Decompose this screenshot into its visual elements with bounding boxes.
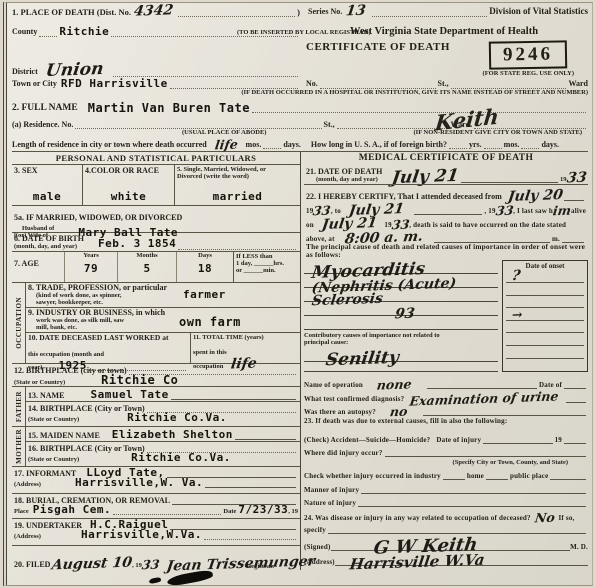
- signed-label: (Signed): [304, 544, 331, 552]
- age-years-value: 79: [84, 262, 98, 275]
- dotted-leader: [451, 79, 567, 89]
- certify-year-value: 33: [313, 206, 332, 216]
- father-side-label-cell: FATHER: [12, 387, 26, 426]
- nature-injury-row: Nature of injury: [304, 494, 588, 507]
- date-of-death-field: 21. DATE OF DEATH (month, day and year) …: [304, 164, 588, 184]
- industry-sub1: work was done, as silk mill, saw: [36, 317, 165, 324]
- dob-field: 6. DATE OF BIRTH (month, day, and year) …: [12, 233, 300, 252]
- marital-label-line2: Divorced (write the word): [177, 173, 298, 180]
- mother-side-label-cell: MOTHER: [12, 427, 26, 466]
- days2-label: days.: [541, 140, 559, 149]
- registration-stamp-area: 9246 (FOR STATE REG. USE ONLY): [483, 41, 574, 77]
- residence-label: (a) Residence. No.: [12, 120, 73, 129]
- dotted-leader: [178, 240, 296, 250]
- district-value: Union: [45, 63, 104, 78]
- age-less-line3: or ______min.: [236, 267, 298, 274]
- ward-label: Ward: [568, 79, 588, 88]
- where-injury-row: Where did injury occur?: [304, 444, 588, 457]
- occupation-group: OCCUPATION 8. TRADE, PROFESSION, or part…: [12, 283, 300, 364]
- where-label: Where did injury occur?: [304, 450, 383, 458]
- total-time-field: 11. TOTAL TIME (years) spent in this occ…: [190, 333, 300, 363]
- operation-value: none: [376, 379, 412, 390]
- ink-blot-small: [149, 577, 162, 584]
- certify-rest-label: , death is said to have occurred on the …: [409, 222, 566, 230]
- age-months-value: 5: [143, 262, 150, 275]
- certify-to-label: , to: [331, 208, 341, 216]
- no-label: No.: [306, 79, 318, 88]
- street-ward-field: No. St., Ward: [300, 79, 588, 89]
- dotted-leader: [372, 7, 488, 17]
- signed-row: (Signed) G W Keith M. D.: [304, 534, 588, 551]
- last-worked-total-row: 10. DATE DECEASED LAST WORKED at this oc…: [26, 333, 300, 363]
- father-name-value: Samuel Tate: [90, 390, 168, 400]
- age-days-label: Days: [177, 252, 233, 259]
- marital-label-wrap: 5. Single, Married, Widowed, or Divorced…: [177, 166, 298, 180]
- town-value: RFD Harrisville: [61, 79, 168, 89]
- age-days-value: 18: [198, 262, 212, 275]
- informant-sub: (Address): [14, 481, 41, 488]
- undertaker-value2: Harrisville,W.Va.: [81, 530, 202, 540]
- header-row-town: Town or City RFD Harrisville No. St., Wa…: [12, 79, 588, 89]
- certify-saw-label: , I last saw h: [513, 208, 553, 216]
- home-label: home: [467, 473, 484, 481]
- dotted-leader: [39, 27, 57, 37]
- check-cause-row: (Check) Accident—Suicide—Homicide? Date …: [304, 430, 588, 444]
- trade-sub1: (kind of work done, as spinner,: [36, 292, 167, 299]
- personal-particulars-column: PERSONAL AND STATISTICAL PARTICULARS 3. …: [12, 152, 301, 570]
- registrar-label: Registrar.: [247, 563, 274, 570]
- operation-field: Name of operation none Date of: [304, 374, 588, 389]
- full-name-value: Martin Van Buren Tate: [88, 103, 250, 114]
- certify-alive-label: alive: [571, 208, 586, 216]
- related-if-label: If so,: [559, 515, 575, 523]
- fill-line: [205, 478, 296, 488]
- certify-from-value: July 20: [507, 190, 563, 202]
- contributory-label1: Contributory causes of importance not re…: [304, 332, 498, 339]
- full-name-row: 2. FULL NAME Martin Van Buren Tate: [12, 103, 588, 114]
- form-columns: PERSONAL AND STATISTICAL PARTICULARS 3. …: [12, 151, 588, 570]
- address-row: (Address) Harrisville W.Va: [304, 551, 588, 566]
- father-bp-value: Ritchie Co.Va.: [127, 413, 227, 423]
- registration-number-stamp: 9246: [489, 40, 567, 69]
- race-value: white: [85, 192, 172, 204]
- signature-line: G W Keith: [331, 538, 571, 551]
- certify-on-year: 33: [391, 220, 410, 230]
- burial-place-value: Pisgah Cem.: [33, 505, 111, 515]
- fill-line: [358, 497, 586, 507]
- related-label: 24. Was disease or injury in any way rel…: [304, 515, 531, 523]
- dotted-leader: [178, 7, 295, 17]
- mother-name-field: 15. MAIDEN NAME Elizabeth Shelton: [26, 427, 300, 442]
- length-of-residence-row: Length of residence in city or town wher…: [12, 139, 588, 149]
- related-occupation-row: 24. Was disease or injury in any way rel…: [304, 507, 588, 522]
- header-row-place-series: 1. PLACE OF DEATH (Dist. No. 4342 ) Seri…: [12, 6, 588, 17]
- filed-year-value: 33: [141, 560, 160, 570]
- dotted-leader: [337, 119, 449, 129]
- total-time-sub1: spent in this: [193, 349, 227, 356]
- onset-line-2: [506, 283, 584, 296]
- onset-line-7: [506, 346, 584, 359]
- series-field: Series No. 13 Division of Vital Statisti…: [300, 6, 588, 17]
- mother-bp-label: 16. BIRTHPLACE (City or Town): [28, 444, 145, 453]
- fill-line: [443, 470, 465, 480]
- mother-name-label: 15. MAIDEN NAME: [28, 431, 100, 440]
- fill-line: [423, 406, 586, 416]
- last-worked-label: 10. DATE DECEASED LAST WORKED at: [28, 334, 188, 343]
- nature-label: Nature of injury: [304, 500, 356, 508]
- race-field: 4.COLOR OR RACE white: [82, 165, 174, 205]
- dotted-leader: [263, 139, 281, 149]
- burial-year-label: , 19: [288, 508, 298, 515]
- mother-bp-sub: (State or Country): [28, 456, 79, 463]
- district-label: District: [12, 67, 38, 76]
- medical-section-title: MEDICAL CERTIFICATE OF DEATH: [304, 152, 588, 164]
- dotted-leader: [449, 139, 467, 149]
- dotted-leader: [170, 79, 298, 89]
- length-label: Length of residence in city or town wher…: [12, 140, 207, 149]
- industry-value: own farm: [179, 317, 241, 328]
- dotted-leader: [252, 103, 586, 113]
- inserted-by-registrar-note: (TO BE INSERTED BY LOCAL REGISTRAR): [237, 29, 371, 36]
- manner-label: Manner of injury: [304, 487, 359, 495]
- fill-line: [385, 447, 586, 457]
- place-of-death-label: 1. PLACE OF DEATH (Dist. No.: [12, 7, 131, 17]
- father-name-field: 13. NAME Samuel Tate: [26, 387, 300, 402]
- filed-field: 20. FILED August 10 , 19 33 Jean Trissem…: [12, 546, 300, 570]
- age-less-cell: If LESS than 1 day, ______hrs. or ______…: [233, 252, 300, 282]
- check-label: (Check) Accident—Suicide—Homicide?: [304, 437, 430, 445]
- fill-line: [414, 205, 483, 215]
- onset-mark: →: [511, 310, 523, 320]
- fill-line: [564, 434, 586, 444]
- dod-value: July 21: [391, 169, 459, 184]
- birthplace-sub: (State or Country): [14, 379, 65, 386]
- registrar-signature: Jean Trissemunger: [166, 556, 316, 572]
- age-less-line2: 1 day, ______hrs.: [236, 260, 298, 267]
- onset-line-6: [506, 333, 584, 346]
- usa-label: How long in U. S. A., if of foreign birt…: [311, 140, 447, 149]
- certify-label: 22. I HEREBY CERTIFY, That I attended de…: [306, 192, 502, 201]
- father-group: FATHER 13. NAME Samuel Tate 14. BIRTHPLA…: [12, 387, 300, 427]
- undertaker-field: 19. UNDERTAKER H.C.Raiguel (Address) Har…: [12, 519, 300, 546]
- public-place-label: public place: [510, 473, 548, 481]
- contributory-value: Senility: [325, 351, 400, 366]
- age-years-cell: Years 79: [64, 252, 117, 282]
- certificate-title: CERTIFICATE OF DEATH: [306, 41, 450, 53]
- certify-saw-hand: im: [552, 206, 571, 216]
- fill-line: [566, 393, 586, 403]
- sex-race-marital-row: 3. SEX male 4.COLOR OR RACE white 5. Sin…: [12, 165, 300, 206]
- certificate-title-area: CERTIFICATE OF DEATH 9246 (FOR STATE REG…: [300, 41, 588, 77]
- age-days-cell: Days 18: [176, 252, 233, 282]
- causes-area: Myocarditis (Nephritis (Acute) Sclerosis…: [304, 260, 588, 372]
- dotted-leader: [75, 119, 321, 129]
- father-fields: 13. NAME Samuel Tate 14. BIRTHPLACE (Cit…: [26, 387, 300, 426]
- fill-line: [461, 173, 558, 183]
- fill-line: [328, 524, 586, 534]
- dob-sub: (month, day, and year): [14, 243, 84, 250]
- mother-fields: 15. MAIDEN NAME Elizabeth Shelton 16. BI…: [26, 427, 300, 466]
- hospital-note: (IF DEATH OCCURRED IN A HOSPITAL OR INST…: [239, 89, 588, 96]
- length-value: life: [214, 140, 238, 150]
- marital-field: 5. Single, Married, Widowed, or Divorced…: [174, 165, 300, 205]
- series-label: Series No.: [308, 7, 342, 16]
- test-value: Examination of urine: [409, 391, 559, 406]
- last-worked-sub1: this occupation (month and: [28, 351, 104, 358]
- yrs-label: yrs.: [469, 140, 482, 149]
- trade-field: 8. TRADE, PROFESSION, or particular (kin…: [26, 283, 300, 308]
- fill-line: [564, 191, 584, 201]
- mother-side-label: MOTHER: [15, 429, 23, 464]
- dob-value: Feb. 3 1854: [98, 239, 176, 249]
- cause3-value: Sclerosis: [311, 294, 384, 307]
- header-row-district-cert: District Union CERTIFICATE OF DEATH 9246…: [12, 41, 588, 77]
- certify-on-value: July 21: [321, 218, 377, 230]
- occupation-side-label: OCCUPATION: [15, 297, 23, 349]
- trade-label: 8. TRADE, PROFESSION, or particular: [28, 283, 167, 292]
- md-label: M. D.: [570, 544, 588, 552]
- cause-lines: Myocarditis (Nephritis (Acute) Sclerosis…: [304, 260, 498, 372]
- birthplace-value: Ritchie Co: [101, 375, 178, 386]
- sex-value: male: [14, 192, 80, 204]
- physician-address: Harrisville W.Va: [349, 555, 485, 571]
- residence-st-label: St.,: [324, 120, 335, 129]
- mos-label: mos.: [246, 140, 262, 149]
- total-time-label: 11. TOTAL TIME (years): [193, 334, 298, 341]
- age-less-line1: If LESS than: [236, 253, 298, 260]
- district-field: District Union: [12, 64, 300, 77]
- onset-line-8: [506, 359, 584, 371]
- age-field: 7. AGE Years 79 Months 5 Days 18 If LESS…: [12, 252, 300, 283]
- trade-sub2: sawyer, bookkeeper, etc.: [36, 299, 167, 306]
- age-years-label: Years: [65, 252, 117, 259]
- last-worked-field: 10. DATE DECEASED LAST WORKED at this oc…: [26, 333, 190, 363]
- dod-sub: (month, day and year): [316, 176, 382, 183]
- certify-comma: , 19: [484, 208, 495, 216]
- address-line: Harrisville W.Va: [335, 553, 588, 566]
- fill-line: [483, 434, 552, 444]
- certify-time-value: 8:00 a. m.: [344, 231, 424, 244]
- related-value: No: [534, 513, 555, 523]
- onset-line-1: ?: [506, 270, 584, 283]
- mother-name-value: Elizabeth Shelton: [112, 430, 233, 440]
- informant-value2: Harrisville,W. Va.: [75, 478, 203, 488]
- undertaker-sub: (Address): [14, 533, 41, 540]
- mother-birthplace-field: 16. BIRTHPLACE (City or Town) (State or …: [26, 442, 300, 466]
- specify-note-row: (Specify City or Town, County, and State…: [304, 457, 588, 466]
- fill-line: [235, 430, 296, 440]
- division-title: Division of Vital Statistics: [489, 6, 588, 16]
- injury-year-label: 19: [555, 437, 562, 445]
- burial-date-label: Date: [223, 508, 236, 515]
- fill-line: [361, 484, 586, 494]
- marital-label-line1: 5. Single, Married, Widowed, or: [177, 166, 298, 173]
- cause-line-1: Myocarditis: [304, 260, 498, 274]
- stamp-note: (FOR STATE REG. USE ONLY): [483, 70, 574, 77]
- fill-line: [564, 379, 586, 389]
- personal-section-title: PERSONAL AND STATISTICAL PARTICULARS: [12, 152, 300, 165]
- full-name-label: 2. FULL NAME: [12, 103, 78, 113]
- industry-label: 9. INDUSTRY OR BUSINESS, in which: [28, 308, 165, 317]
- burial-field: 18. BURIAL, CREMATION, OR REMOVAL Place …: [12, 494, 300, 519]
- test-field: What test confirmed diagnosis? Examinati…: [304, 389, 588, 403]
- dod-label: 21. DATE OF DEATH: [306, 167, 382, 176]
- father-side-label: FATHER: [15, 391, 23, 422]
- spouse-field: 5a. IF MARRIED, WIDOWED, OR DIVORCED Hus…: [12, 206, 300, 233]
- county-label: County: [12, 27, 37, 36]
- dob-label: 6. DATE OF BIRTH: [14, 234, 84, 243]
- filed-label: 20. FILED: [14, 560, 50, 569]
- place-of-death-field: 1. PLACE OF DEATH (Dist. No. 4342 ): [12, 6, 300, 17]
- trade-label-wrap: 8. TRADE, PROFESSION, or particular (kin…: [28, 283, 167, 306]
- manner-injury-row: Manner of injury: [304, 480, 588, 494]
- spouse-label: 5a. IF MARRIED, WIDOWED, OR DIVORCED: [14, 213, 182, 222]
- undertaker-label: 19. UNDERTAKER: [14, 521, 82, 530]
- father-bp-sub: (State or Country): [28, 416, 79, 423]
- certify-on-label: on: [306, 222, 314, 230]
- mother-bp-value: Ritchie Co.Va.: [131, 453, 231, 463]
- burial-date-value: 7/23/33: [238, 505, 288, 515]
- days-label: days.: [283, 140, 301, 149]
- age-label: 7. AGE: [14, 259, 39, 268]
- dotted-leader: [113, 67, 298, 77]
- contributory-field: Contributory causes of importance not re…: [304, 330, 498, 372]
- occupation-fields: 8. TRADE, PROFESSION, or particular (kin…: [26, 283, 300, 363]
- sex-label: 3. SEX: [14, 166, 80, 175]
- specify-label: specify: [304, 527, 326, 535]
- industry-check-label: Check whether injury occurred in industr…: [304, 473, 441, 481]
- test-label: What test confirmed diagnosis?: [304, 396, 404, 404]
- certify-field: 22. I HEREBY CERTIFY, That I attended de…: [304, 184, 588, 260]
- st-label: St.,: [438, 79, 449, 88]
- age-months-cell: Months 5: [117, 252, 176, 282]
- autopsy-label: Was there an autopsy?: [304, 409, 376, 417]
- onset-line-4: →: [506, 308, 584, 321]
- race-label: 4.COLOR OR RACE: [85, 166, 172, 175]
- marital-value: married: [177, 192, 298, 204]
- dotted-leader: [521, 139, 539, 149]
- dod-label-wrap: 21. DATE OF DEATH (month, day and year): [306, 167, 382, 183]
- age-months-label: Months: [118, 252, 176, 259]
- onset-question-mark: ?: [511, 271, 521, 282]
- age-label-cell: 7. AGE: [12, 252, 64, 282]
- filed-date-value: August 10: [51, 557, 133, 570]
- dotted-leader: [204, 530, 296, 540]
- contributory-line: Senility: [304, 346, 498, 362]
- injury-date-label: Date of injury: [436, 437, 481, 445]
- abode-note: (USUAL PLACE OF ABODE): [182, 129, 266, 136]
- trade-value: farmer: [183, 290, 226, 300]
- sex-field: 3. SEX male: [12, 165, 82, 205]
- mos2-label: mos.: [504, 140, 520, 149]
- dotted-leader: [320, 79, 436, 89]
- residence-notes-row: (USUAL PLACE OF ABODE) (IF NON-RESIDENT …: [12, 129, 588, 136]
- cause4-value: 93: [394, 308, 415, 319]
- specify-note: (Specify City or Town, County, and State…: [453, 459, 568, 466]
- dotted-leader: [484, 139, 502, 149]
- dob-label-wrap: 6. DATE OF BIRTH (month, day, and year): [14, 234, 84, 250]
- industry-field: 9. INDUSTRY OR BUSINESS, in which work w…: [26, 308, 300, 333]
- informant-field: 17. INFORMANT LLoyd Tate, (Address) Harr…: [12, 467, 300, 494]
- father-name-label: 13. NAME: [28, 391, 64, 400]
- dotted-leader: [113, 505, 221, 515]
- informant-label: 17. INFORMANT: [14, 469, 76, 478]
- county-value: Ritchie: [59, 27, 109, 37]
- residence-row: (a) Residence. No. St., Ward.: [12, 119, 588, 129]
- onset-line-5: [506, 321, 584, 334]
- industry-sub2: mill, bank, etc.: [36, 324, 165, 331]
- medical-certificate-column: MEDICAL CERTIFICATE OF DEATH 21. DATE OF…: [301, 152, 588, 570]
- industry-label-wrap: 9. INDUSTRY OR BUSINESS, in which work w…: [28, 308, 165, 331]
- external-causes-label: 23. If death was due to external causes,…: [304, 418, 588, 430]
- father-birthplace-field: 14. BIRTHPLACE (City or Town) (State or …: [26, 402, 300, 426]
- contributory-label2: principal cause:: [304, 339, 498, 346]
- series-value: 13: [345, 6, 366, 17]
- operation-label: Name of operation: [304, 382, 363, 390]
- mother-group: MOTHER 15. MAIDEN NAME Elizabeth Shelton…: [12, 427, 300, 467]
- industry-check-row: Check whether injury occurred in industr…: [304, 466, 588, 480]
- spouse-sub1: Husband of: [22, 225, 54, 232]
- date-of-onset-box: Date of onset ? →: [502, 260, 588, 372]
- autopsy-value: no: [389, 407, 408, 417]
- dod-year-value: 33: [566, 172, 587, 183]
- certify-to-year: 33: [495, 206, 514, 216]
- fill-line: [486, 470, 508, 480]
- fill-line: [427, 379, 537, 389]
- fill-line: [550, 470, 586, 480]
- district-number-value: 4342: [133, 5, 174, 17]
- burial-place-label: Place: [14, 508, 29, 515]
- death-certificate-form: 1. PLACE OF DEATH (Dist. No. 4342 ) Seri…: [3, 2, 593, 586]
- occupation-side-label-cell: OCCUPATION: [12, 283, 26, 363]
- birthplace-field: 12. BIRTHPLACE (city or town) (State or …: [12, 364, 300, 387]
- fill-line: [171, 390, 296, 400]
